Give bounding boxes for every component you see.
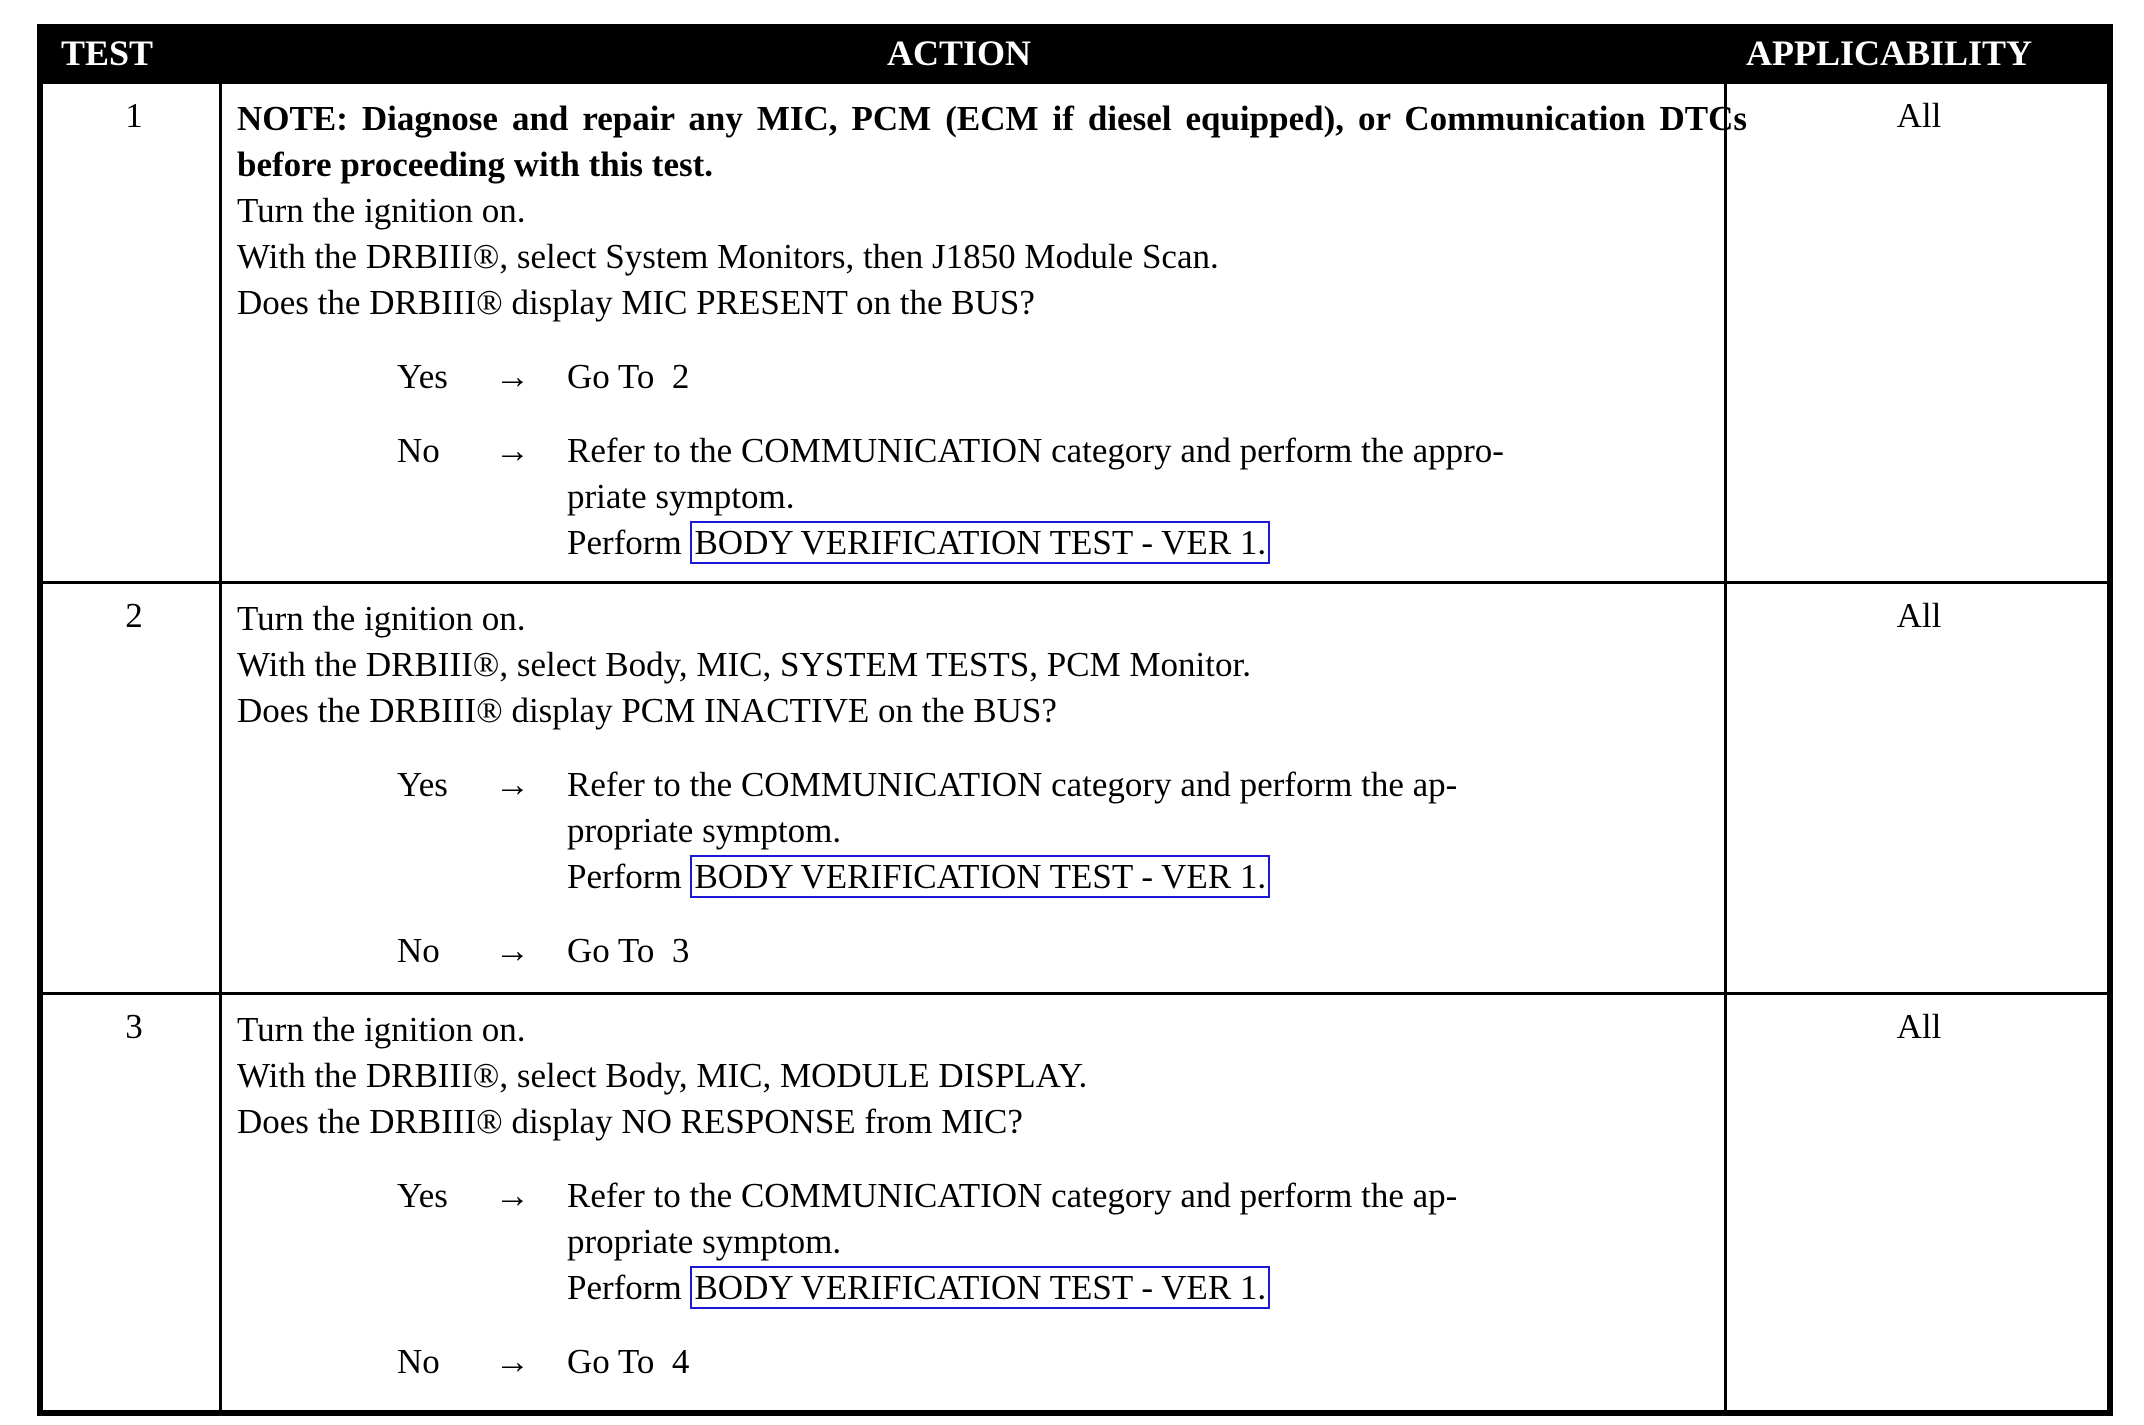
no-branch: No → Go To 4 — [237, 1339, 1747, 1385]
branch-text: priate symptom. — [567, 474, 1747, 520]
yes-branch: Yes → Go To 2 — [237, 354, 1747, 400]
header-test: TEST — [61, 32, 153, 74]
arrow-icon: → — [495, 1339, 530, 1385]
action-cell: NOTE: Diagnose and repair any MIC, PCM (… — [237, 96, 1747, 566]
action-cell: Turn the ignition on. With the DRBIII®, … — [237, 1007, 1747, 1385]
table-row: 1 NOTE: Diagnose and repair any MIC, PCM… — [43, 84, 2107, 581]
perform-label: Perform — [567, 523, 682, 562]
note-text: NOTE: Diagnose and repair any MIC, PCM (… — [237, 96, 1747, 188]
step-text: Turn the ignition on. — [237, 1007, 1747, 1053]
table-header: TEST ACTION APPLICABILITY — [37, 24, 2113, 84]
diagnostic-test-table: TEST ACTION APPLICABILITY 1 NOTE: Diagno… — [37, 24, 2113, 1416]
step-text: Turn the ignition on. — [237, 188, 1747, 234]
header-action: ACTION — [887, 32, 1031, 74]
yes-label: Yes — [397, 354, 448, 400]
yes-label: Yes — [397, 762, 448, 808]
step-text: Does the DRBIII® display PCM INACTIVE on… — [237, 688, 1747, 734]
yes-label: Yes — [397, 1173, 448, 1219]
no-label: No — [397, 1339, 440, 1385]
table-row: 2 Turn the ignition on. With the DRBIII®… — [43, 584, 2107, 992]
branch-text: propriate symptom. — [567, 808, 1747, 854]
step-text: With the DRBIII®, select Body, MIC, MODU… — [237, 1053, 1747, 1099]
branch-text: propriate symptom. — [567, 1219, 1747, 1265]
header-applicability: APPLICABILITY — [1746, 32, 2032, 74]
arrow-icon: → — [495, 428, 530, 474]
goto-text: Go To 3 — [567, 928, 1747, 974]
yes-branch: Yes → Refer to the COMMUNICATION categor… — [237, 1173, 1747, 1311]
no-label: No — [397, 928, 440, 974]
test-number: 1 — [43, 96, 225, 136]
arrow-icon: → — [495, 762, 530, 808]
body-verification-test-link[interactable]: BODY VERIFICATION TEST - VER 1. — [690, 521, 1270, 564]
goto-text: Go To 4 — [567, 1339, 1747, 1385]
action-cell: Turn the ignition on. With the DRBIII®, … — [237, 596, 1747, 974]
body-verification-test-link[interactable]: BODY VERIFICATION TEST - VER 1. — [690, 1266, 1270, 1309]
applicability-value: All — [1731, 1007, 2107, 1047]
arrow-icon: → — [495, 928, 530, 974]
yes-branch: Yes → Refer to the COMMUNICATION categor… — [237, 762, 1747, 900]
applicability-value: All — [1731, 596, 2107, 636]
step-text: Turn the ignition on. — [237, 596, 1747, 642]
body-verification-test-link[interactable]: BODY VERIFICATION TEST - VER 1. — [690, 855, 1270, 898]
branch-text: Refer to the COMMUNICATION category and … — [567, 428, 1747, 474]
no-branch: No → Go To 3 — [237, 928, 1747, 974]
no-branch: No → Refer to the COMMUNICATION category… — [237, 428, 1747, 566]
arrow-icon: → — [495, 354, 530, 400]
table-row: 3 Turn the ignition on. With the DRBIII®… — [43, 995, 2107, 1410]
no-label: No — [397, 428, 440, 474]
step-text: Does the DRBIII® display NO RESPONSE fro… — [237, 1099, 1747, 1145]
test-number: 2 — [43, 596, 225, 636]
applicability-value: All — [1731, 96, 2107, 136]
perform-label: Perform — [567, 1268, 682, 1307]
perform-label: Perform — [567, 857, 682, 896]
goto-text: Go To 2 — [567, 354, 1747, 400]
step-text: With the DRBIII®, select System Monitors… — [237, 234, 1747, 280]
branch-text: Refer to the COMMUNICATION category and … — [567, 1173, 1747, 1219]
step-text: With the DRBIII®, select Body, MIC, SYST… — [237, 642, 1747, 688]
test-number: 3 — [43, 1007, 225, 1047]
branch-text: Refer to the COMMUNICATION category and … — [567, 762, 1747, 808]
arrow-icon: → — [495, 1173, 530, 1219]
step-text: Does the DRBIII® display MIC PRESENT on … — [237, 280, 1747, 326]
